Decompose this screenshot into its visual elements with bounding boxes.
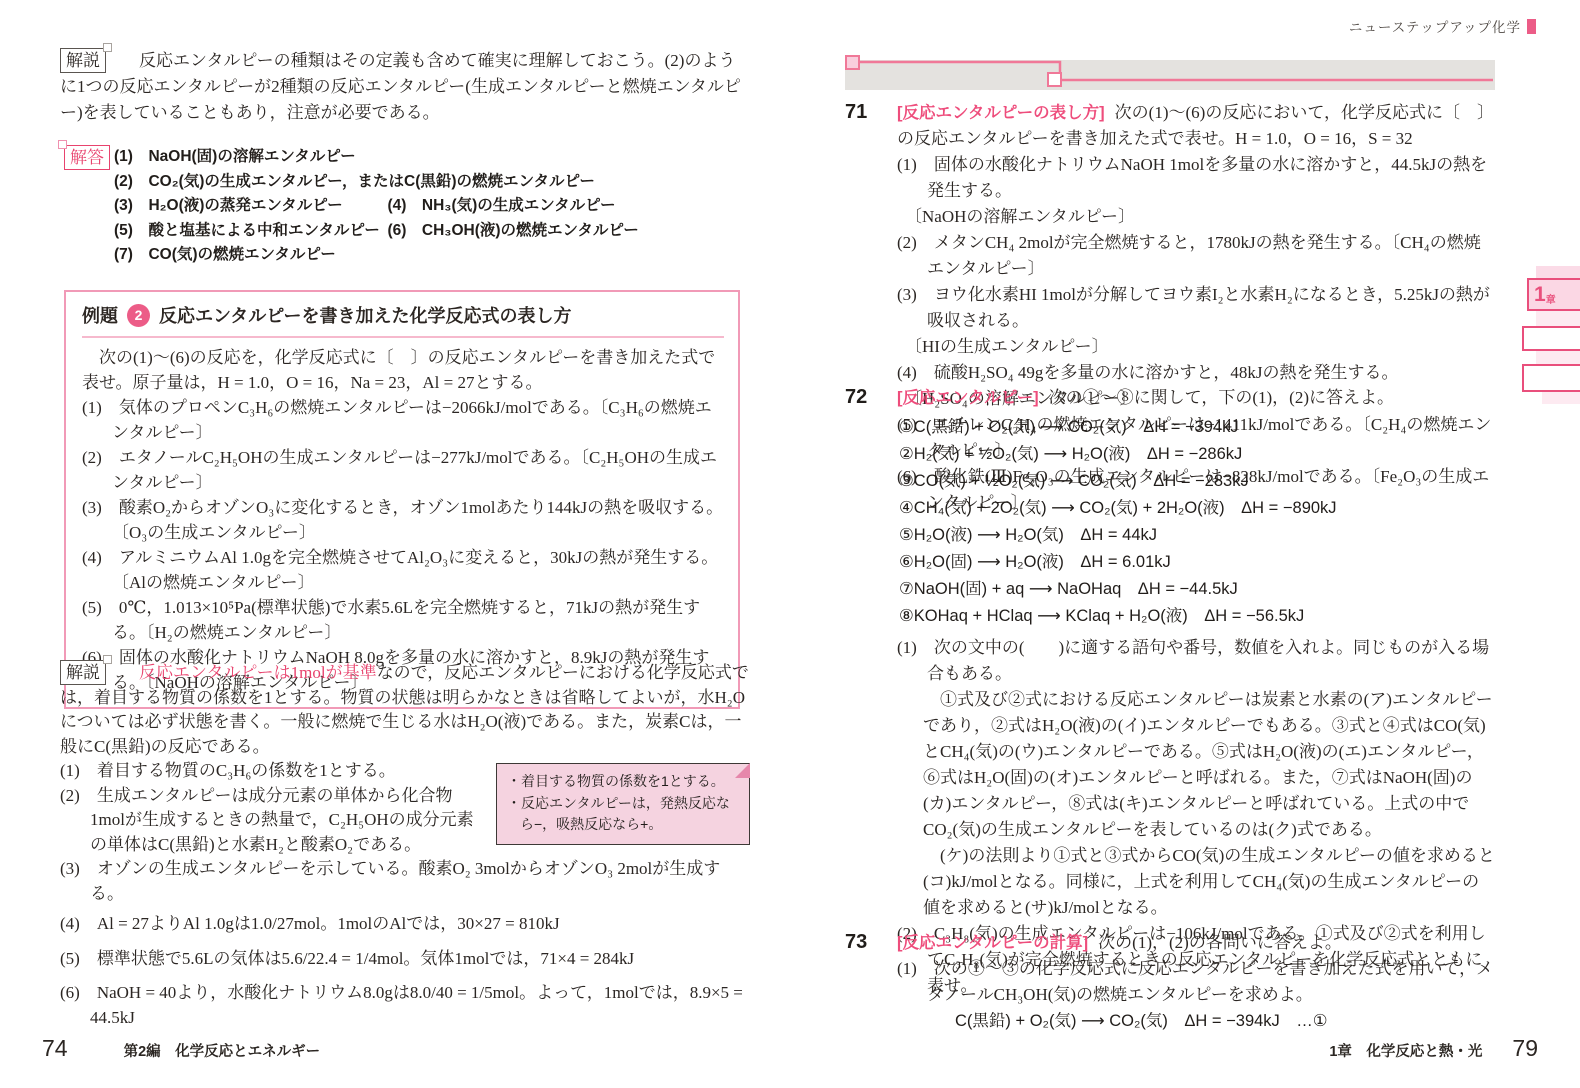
equation: ④CH₄(気) + 2O₂(気) ⟶ CO₂(気) + 2H₂O(液) ΔH =… [899,495,1495,522]
page-number-right: 79 [1512,1035,1538,1062]
example-problem-body: 次の(1)～(6)の反応を，化学反応式に〔 〕の反応エンタルピーを書き加えた式で… [82,345,724,695]
kaito-block: 解答 (1) NaOH(固)の溶解エンタルピー (2) CO₂(気)の生成エンタ… [64,145,750,268]
chapter-tab [1522,364,1580,392]
kaisetsu-2-highlight: 反応エンタルピーは1molが基準 [122,663,377,682]
problem-item: (3) ヨウ化水素HI 1molが分解してヨウ素I₂と水素H₂になるとき，5.2… [897,282,1495,360]
textbook-spread: ニューステップアップ化学 解説 反応エンタルピーの種類はその定義も含めて確実に理… [0,0,1580,1088]
chapter-tab-strip: 1 章 [1518,252,1580,462]
problem-intro-text: 次の(1)，(2)の各問いに答えよ。 [1098,933,1342,952]
footer-left: 74 第2編 化学反応とエネルギー [42,1035,320,1062]
chapter-tab-current: 1 章 [1527,278,1580,311]
problem-tag: [反応エンタルピーの表し方] [897,104,1105,122]
equation: ⑧KOHaq + HClaq ⟶ KClaq + H₂O(液) ΔH = −56… [899,603,1495,630]
example-label: 例題 [82,302,118,328]
chapter-tab-number: 1 [1534,284,1546,305]
item-text: (3) ヨウ化水素HI 1molが分解してヨウ素I₂と水素H₂になるとき，5.2… [897,285,1490,330]
kaito-item: (4) NH₃(気)の生成エンタルピー [387,194,750,219]
problem-number: 72 [845,385,897,999]
equation: ③CO(気) + ½O₂(気) ⟶ CO₂(気) ΔH = −283kJ [899,468,1495,495]
example-item: (5) 0℃，1.013×10⁵Pa(標準状態)で水素5.6Lを完全燃焼すると，… [82,595,724,645]
problem-body: [反応エンタルピーの計算]次の(1)，(2)の各問いに答えよ。 (1) 次の①～… [897,930,1495,1035]
divider [82,336,724,338]
example-item: (3) 酸素O₂からオゾンO₃に変化するとき，オゾン1molあたり144kJの熱… [82,495,724,545]
book-header: ニューステップアップ化学 [1349,16,1536,36]
section-title-left: 第2編 化学反応とエネルギー [124,1040,321,1061]
equation: ⑥H₂O(固) ⟶ H₂O(液) ΔH = 6.01kJ [899,549,1495,576]
section-title-right: 1章 化学反応と熱・光 [1329,1040,1482,1061]
equation: C(黒鉛) + O₂(気) ⟶ CO₂(気) ΔH = −394kJ …① [955,1008,1495,1035]
example-intro: 次の(1)～(6)の反応を，化学反応式に〔 〕の反応エンタルピーを書き加えた式で… [82,345,724,395]
kaito-row: (3) H₂O(液)の蒸発エンタルピー (4) NH₃(気)の生成エンタルピー [114,194,750,219]
question-1: (1) 次の①～③の化学反応式に反応エンタルピーを書き加えた式を用いて，メタノー… [897,956,1495,1008]
note-line: ・着目する物質の係数を1とする。 [507,771,739,793]
kaito-item: (3) H₂O(液)の蒸発エンタルピー [114,194,387,219]
kaisetsu-2-paragraph: 解説 反応エンタルピーは1molが基準なので，反応エンタルピーにおける化学反応式… [60,660,750,759]
item-text: (4) 硫酸H₂SO₄ 49gを多量の水に溶かすと，48kJの熱を発生する。 [897,363,1399,382]
page-number-left: 74 [42,1035,68,1062]
problem-intro: [反応エンタルピーの表し方]次の(1)～(6)の反応において，化学反応式に〔 〕… [897,100,1495,152]
kaisetsu-1-label: 解説 [60,48,106,73]
kaisetsu-1-label-text: 解説 [66,51,100,70]
example-item: (2) エタノールC₂H₅OHの生成エンタルピーは−277kJ/molである。〔… [82,445,724,495]
example-title: 反応エンタルピーを書き加えた化学反応式の表し方 [159,302,572,328]
example-problem-box: 例題 2 反応エンタルピーを書き加えた化学反応式の表し方 次の(1)～(6)の反… [64,290,740,709]
kaisetsu-1-text: 反応エンタルピーの種類はその定義も含めて確実に理解しておこう。(2)のように1つ… [60,51,741,122]
footer-right: 1章 化学反応と熱・光 79 [1329,1035,1538,1062]
example-item: (1) 気体のプロペンC₃H₆の燃焼エンタルピーは−2066kJ/molである。… [82,395,724,445]
kaisetsu-block-1: 解説 反応エンタルピーの種類はその定義も含めて確実に理解しておこう。(2)のよう… [60,48,750,126]
kaisetsu-block-2: 解説 反応エンタルピーは1molが基準なので，反応エンタルピーにおける化学反応式… [60,660,750,1030]
corner-mark-icon [103,43,112,52]
kaito-row: (5) 酸と塩基による中和エンタルピー (6) CH₃OH(液)の燃焼エンタルピ… [114,219,750,244]
corner-mark-icon [103,655,112,664]
folded-corner-icon [735,763,750,778]
chapter-tab [1542,392,1580,404]
book-title: ニューステップアップ化学 [1349,16,1521,36]
kaito-items: (1) NaOH(固)の溶解エンタルピー (2) CO₂(気)の生成エンタルピー… [114,145,750,268]
problem-intro: [反応エンタルピー]次の①～⑧に関して，下の(1)，(2)に答えよ。 [897,385,1495,411]
example-number-badge: 2 [127,304,150,327]
problem-72: 72 [反応エンタルピー]次の①～⑧に関して，下の(1)，(2)に答えよ。 ①C… [845,385,1495,999]
kaisetsu-2-label-text: 解説 [66,663,100,682]
kaito-item: (6) CH₃OH(液)の燃焼エンタルピー [387,219,750,244]
problem-tag: [反応エンタルピー] [897,389,1039,407]
problem-tag: [反応エンタルピーの計算] [897,934,1088,952]
chapter-tab-unit: 章 [1546,291,1556,306]
question-1-paragraph: (ケ)の法則より①式と③式からCO(気)の生成エンタルピーの値を求めると(コ)k… [923,843,1495,921]
problem-intro: [反応エンタルピーの計算]次の(1)，(2)の各問いに答えよ。 [897,930,1495,956]
problem-intro-text: 次の①～⑧に関して，下の(1)，(2)に答えよ。 [1049,388,1394,407]
problem-item: (2) メタンCH₄ 2molが完全燃焼すると，1780kJの熱を発生する。〔C… [897,230,1495,282]
item-bracket: 〔NaOHの溶解エンタルピー〕 [905,204,1495,230]
problem-number: 73 [845,930,897,1035]
kaito-label-text: 解答 [70,148,104,167]
chapter-tab [1536,351,1580,364]
kaito-item: (1) NaOH(固)の溶解エンタルピー [114,145,750,170]
example-problem-header: 例題 2 反応エンタルピーを書き加えた化学反応式の表し方 [82,302,724,328]
question-1-paragraph: ①式及び②式における反応エンタルピーは炭素と水素の(ア)エンタルピーであり，②式… [923,687,1495,843]
item-text: (2) メタンCH₄ 2molが完全燃焼すると，1780kJの熱を発生する。〔C… [897,233,1481,278]
chapter-deco-band [845,54,1495,92]
kaisetsu-2-label: 解説 [60,660,106,685]
note-line: ・反応エンタルピーは，発熱反応なら−，吸熱反応なら+。 [507,793,739,836]
equation: ①C(黒鉛) + O₂(気) ⟶ CO₂(気) ΔH = −394kJ [899,414,1495,441]
equation-list: ①C(黒鉛) + O₂(気) ⟶ CO₂(気) ΔH = −394kJ ②H₂(… [897,414,1495,630]
chapter-tab [1536,311,1580,326]
kaito-item: (7) CO(気)の燃焼エンタルピー [114,243,750,268]
chapter-tab [1522,326,1580,351]
note-box: ・着目する物質の係数を1とする。 ・反応エンタルピーは，発熱反応なら−，吸熱反応… [496,763,750,845]
kaisetsu-2-item: (4) Al = 27よりAl 1.0gは1.0/27mol。1molのAlでは… [60,912,750,937]
chapter-tab [1536,266,1580,278]
equation: ⑤H₂O(液) ⟶ H₂O(気) ΔH = 44kJ [899,522,1495,549]
kaito-item: (2) CO₂(気)の生成エンタルピー，またはC(黒鉛)の燃焼エンタルピー [114,170,750,195]
kaisetsu-2-item: (5) 標準状態で5.6Lの気体は5.6/22.4 = 1/4mol。気体1mo… [60,947,750,972]
kaisetsu-2-item: (6) NaOH = 40より，水酸化ナトリウム8.0gは8.0/40 = 1/… [60,981,750,1030]
problem-73: 73 [反応エンタルピーの計算]次の(1)，(2)の各問いに答えよ。 (1) 次… [845,930,1495,1035]
problem-item: (1) 固体の水酸化ナトリウムNaOH 1molを多量の水に溶かすと，44.5k… [897,152,1495,230]
kaito-item: (5) 酸と塩基による中和エンタルピー [114,219,387,244]
equation: ⑦NaOH(固) + aq ⟶ NaOHaq ΔH = −44.5kJ [899,576,1495,603]
kaito-label: 解答 [64,145,110,170]
problem-body: [反応エンタルピー]次の①～⑧に関して，下の(1)，(2)に答えよ。 ①C(黒鉛… [897,385,1495,999]
question-1-head: (1) 次の文中の( )に適する語句や番号，数値を入れよ。同じものが入る場合もあ… [897,635,1495,687]
item-text: (1) 固体の水酸化ナトリウムNaOH 1molを多量の水に溶かすと，44.5k… [897,155,1487,200]
example-item: (4) アルミニウムAl 1.0gを完全燃焼させてAl₂O₃に変えると，30kJ… [82,545,724,595]
kaisetsu-2-item: (3) オゾンの生成エンタルピーを示している。酸素O₂ 3molからオゾンO₃ … [60,857,750,906]
item-bracket: 〔HIの生成エンタルピー〕 [905,334,1495,360]
equation: ②H₂(気) + ½O₂(気) ⟶ H₂O(液) ΔH = −286kJ [899,441,1495,468]
corner-mark-icon [58,140,67,149]
header-accent-block [1527,19,1536,34]
